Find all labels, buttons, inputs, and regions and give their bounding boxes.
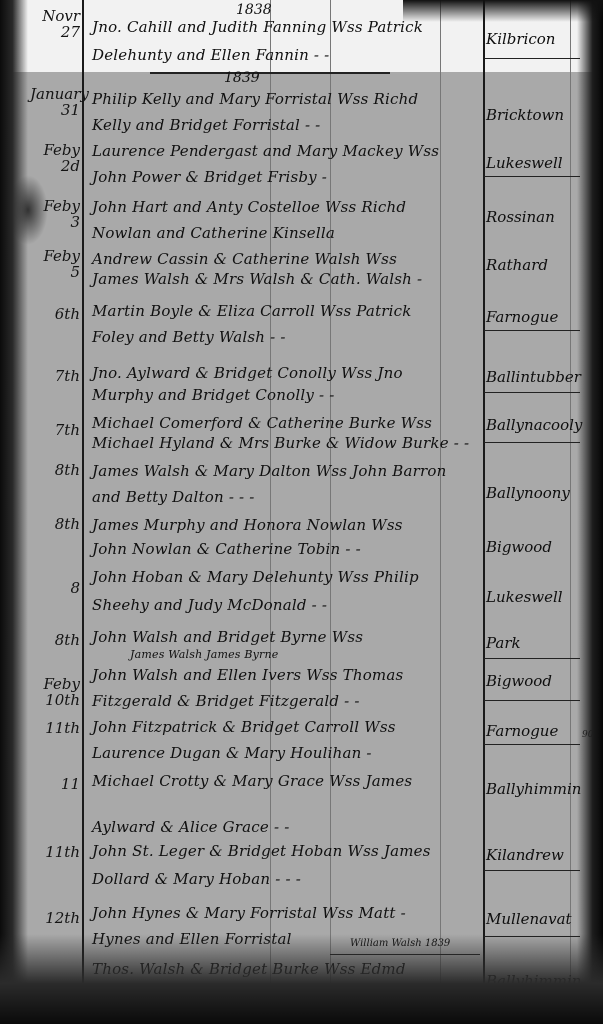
entry-place: Kilandrew <box>486 846 581 864</box>
entry-place: Mullenavat <box>486 910 581 928</box>
entry-line: John Walsh and Ellen Ivers Wss Thomas <box>92 666 482 684</box>
register-page: 1838 1839 Novr 27 Jno. Cahill and Judith… <box>0 0 603 1024</box>
entry-place: Ballintubber <box>486 368 581 386</box>
entry-place: Ballyhimmin <box>486 780 581 798</box>
entry-date: 12th <box>30 910 80 926</box>
scan-shadow-bottom <box>0 934 603 1024</box>
entry-date: 8th <box>30 516 80 532</box>
entry-date: Feby 2d <box>30 142 80 174</box>
entry-place: Bigwood <box>486 672 581 690</box>
date-column-rule <box>82 0 84 1024</box>
entry-line: James Walsh & Mary Dalton Wss John Barro… <box>92 462 482 480</box>
entry-date: 11 <box>30 776 80 792</box>
entry-date: Novr 27 <box>30 8 80 40</box>
scan-shadow-left <box>0 0 28 1024</box>
scan-shadow-top <box>403 0 603 22</box>
entry-place: Rossinan <box>486 208 581 226</box>
entry-place: Lukeswell <box>486 588 581 606</box>
place-underline <box>484 176 580 177</box>
entry-date: 8th <box>30 632 80 648</box>
entry-place: Rathard <box>486 256 581 274</box>
entry-line: Andrew Cassin & Catherine Walsh Wss <box>92 250 482 268</box>
scan-shadow-right <box>577 0 603 1024</box>
entry-line: Michael Comerford & Catherine Burke Wss <box>92 414 482 432</box>
entry-line: John Hoban & Mary Delehunty Wss Philip <box>92 568 482 586</box>
entry-place: Farnogue <box>486 722 581 740</box>
entry-place: Bricktown <box>486 106 581 124</box>
entry-line: Michael Hyland & Mrs Burke & Widow Burke… <box>92 434 482 452</box>
entry-line: John Hart and Anty Costelloe Wss Richd <box>92 198 482 216</box>
entry-line: James Walsh James Byrne <box>130 646 520 664</box>
entry-place: Ballynacooly <box>486 416 581 434</box>
place-underline <box>484 330 580 331</box>
entry-line: Kelly and Bridget Forristal - - <box>92 116 482 134</box>
entry-line: John Nowlan & Catherine Tobin - - <box>92 540 482 558</box>
entry-line: Jno. Aylward & Bridget Conolly Wss Jno <box>92 364 482 382</box>
entry-place: Bigwood <box>486 538 581 556</box>
place-underline <box>484 442 580 443</box>
entry-line: John St. Leger & Bridget Hoban Wss James <box>92 842 482 860</box>
entry-line: Martin Boyle & Eliza Carroll Wss Patrick <box>92 302 482 320</box>
entry-line: Fitzgerald & Bridget Fitzgerald - - <box>92 692 482 710</box>
place-underline <box>484 870 580 871</box>
entry-line: John Fitzpatrick & Bridget Carroll Wss <box>92 718 482 736</box>
entry-line: Laurence Dugan & Mary Houlihan - <box>92 744 482 762</box>
entry-place: Farnogue <box>486 308 581 326</box>
entry-line: Nowlan and Catherine Kinsella <box>92 224 482 242</box>
entry-place: Park <box>486 634 581 652</box>
entry-line: John Power & Bridget Frisby - <box>92 168 482 186</box>
entry-place: Ballynoony <box>486 484 581 502</box>
place-underline <box>484 700 580 701</box>
entry-line: Foley and Betty Walsh - - <box>92 328 482 346</box>
entry-line: Aylward & Alice Grace - - <box>92 818 482 836</box>
entry-place: Lukeswell <box>486 154 581 172</box>
entry-date: Feby 5 <box>30 248 80 280</box>
entry-date: 6th <box>30 306 80 322</box>
entry-line: James Murphy and Honora Nowlan Wss <box>92 516 482 534</box>
section-divider <box>150 72 390 74</box>
year-header-1838: 1838 <box>236 2 272 18</box>
entry-line: Delehunty and Ellen Fannin - - <box>92 46 482 64</box>
entry-date: 8 <box>30 580 80 596</box>
entry-line: Dollard & Mary Hoban - - - <box>92 870 482 888</box>
entry-line: Philip Kelly and Mary Forristal Wss Rich… <box>92 90 482 108</box>
entry-line: John Walsh and Bridget Byrne Wss <box>92 628 482 646</box>
entry-date: 8th <box>30 462 80 478</box>
place-underline <box>484 744 580 745</box>
entry-date: 11th <box>30 720 80 736</box>
place-underline <box>484 392 580 393</box>
entry-date: January 31 <box>30 86 80 118</box>
entry-line: John Hynes & Mary Forristal Wss Matt - <box>92 904 482 922</box>
entry-line: Laurence Pendergast and Mary Mackey Wss <box>92 142 482 160</box>
entry-place: Kilbricon <box>486 30 581 48</box>
place-underline <box>484 58 580 59</box>
place-underline <box>484 658 580 659</box>
entry-line: Murphy and Bridget Conolly - - <box>92 386 482 404</box>
entry-line: James Walsh & Mrs Walsh & Cath. Walsh - <box>92 270 482 288</box>
entry-date: 7th <box>30 422 80 438</box>
year-header-1839: 1839 <box>224 70 260 86</box>
entry-line: Michael Crotty & Mary Grace Wss James <box>92 772 482 790</box>
entry-date: 7th <box>30 368 80 384</box>
entry-date: 11th <box>30 844 80 860</box>
entry-line: Sheehy and Judy McDonald - - <box>92 596 482 614</box>
entry-line: and Betty Dalton - - - <box>92 488 482 506</box>
